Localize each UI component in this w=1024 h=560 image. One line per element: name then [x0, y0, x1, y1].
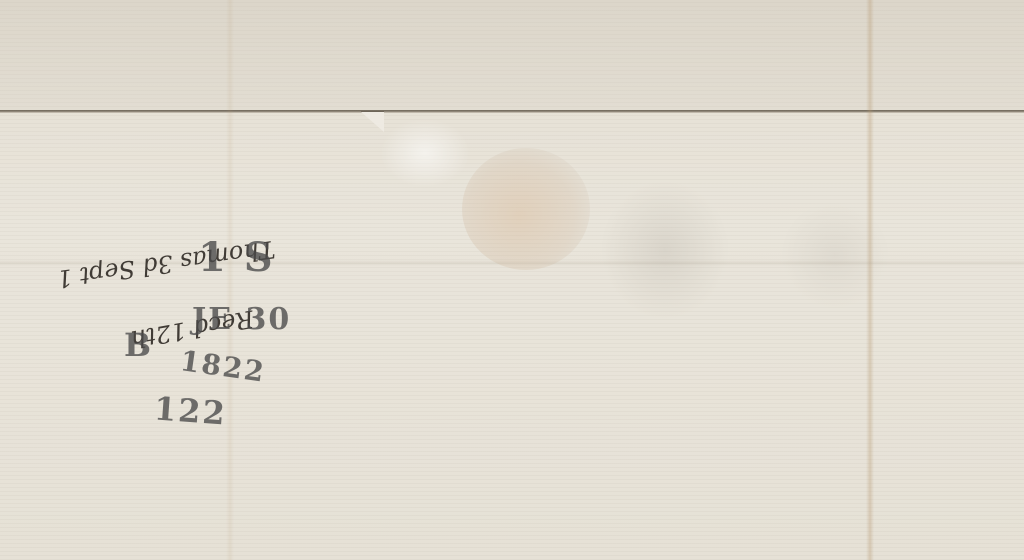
postmark: 1 S JE 30 B 1822 122: [120, 230, 360, 450]
postmark-number: 122: [153, 390, 228, 433]
postmark-date: JE 30: [192, 302, 291, 337]
letter-cover: Thomas 3d Sept 1 Recd 12th 1 S JE 30 B 1…: [0, 0, 1024, 560]
faint-offset-mark: [600, 180, 730, 320]
paper-highlight: [380, 118, 470, 188]
wax-seal-stain: [462, 148, 590, 270]
postmark-top: 1 S: [198, 234, 275, 281]
postmark-prefix: B: [124, 326, 153, 364]
faint-offset-mark-right: [780, 200, 890, 310]
postmark-year: 1822: [178, 344, 268, 389]
